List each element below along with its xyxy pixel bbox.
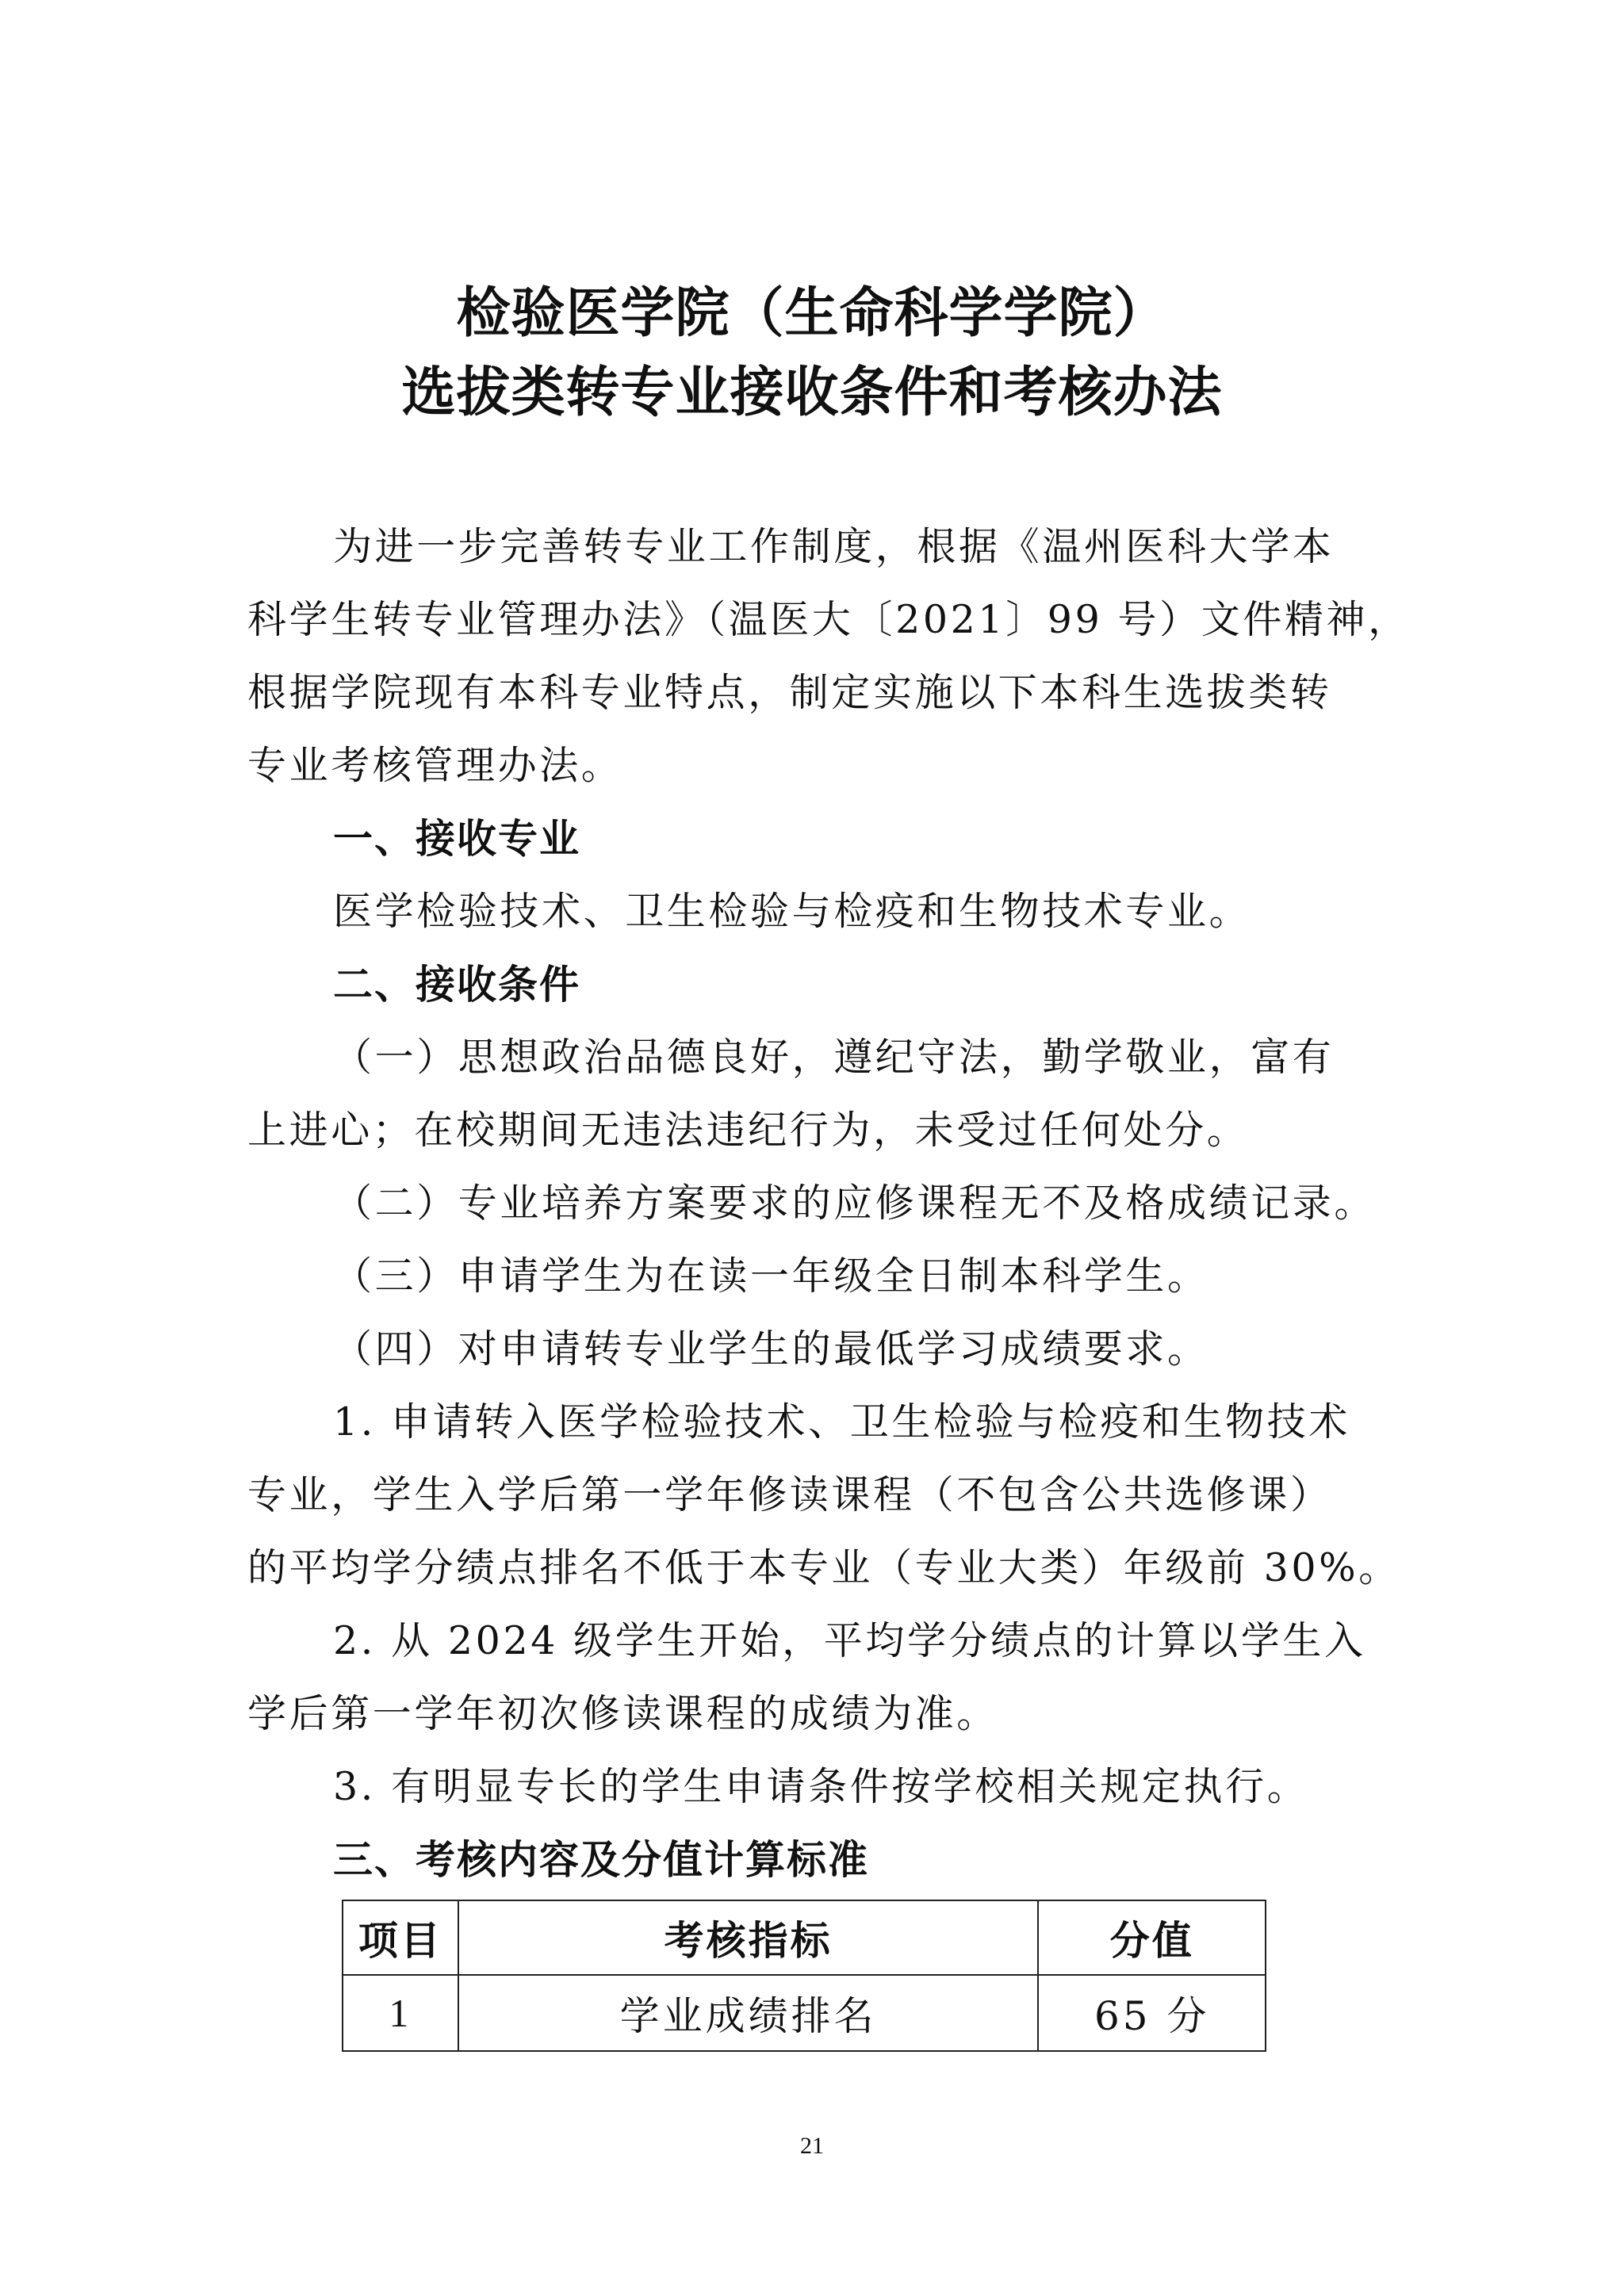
cell-item: 1 <box>343 1975 458 2051</box>
table-row: 1 学业成绩排名 65 分 <box>343 1975 1266 2051</box>
cell-indicator: 学业成绩排名 <box>458 1975 1039 2051</box>
section2-sub2-line2: 学后第一学年初次修读课程的成绩为准。 <box>247 1690 1381 1738</box>
section2-item3: （三）申请学生为在读一年级全日制本科学生。 <box>333 1253 1467 1300</box>
table-header-row: 项目 考核指标 分值 <box>343 1900 1266 1975</box>
section2-sub3: 3. 有明显专长的学生申请条件按学校相关规定执行。 <box>333 1763 1467 1811</box>
intro-line-2: 科学生转专业管理办法》（温医大〔2021〕99 号）文件精神， <box>247 596 1381 644</box>
header-indicator: 考核指标 <box>458 1900 1039 1975</box>
cell-score: 65 分 <box>1038 1975 1266 2051</box>
section3-heading: 三、考核内容及分值计算标准 <box>333 1836 1467 1884</box>
section2-item2: （二）专业培养方案要求的应修课程无不及格成绩记录。 <box>333 1180 1467 1227</box>
document-title-line2: 选拔类转专业接收条件和考核办法 <box>0 361 1624 424</box>
section2-sub2-line1: 2. 从 2024 级学生开始，平均学分绩点的计算以学生入 <box>333 1617 1467 1665</box>
header-score: 分值 <box>1038 1900 1266 1975</box>
section2-item1-line1: （一）思想政治品德良好，遵纪守法，勤学敬业，富有 <box>333 1034 1467 1081</box>
section2-heading: 二、接收条件 <box>333 961 1467 1008</box>
section2-sub1-line3: 的平均学分绩点排名不低于本专业（专业大类）年级前 30%。 <box>247 1544 1381 1592</box>
page-number: 21 <box>0 2133 1624 2160</box>
section1-heading: 一、接收专业 <box>333 815 1467 863</box>
header-item: 项目 <box>343 1900 458 1975</box>
intro-line-3: 根据学院现有本科专业特点，制定实施以下本科生选拔类转 <box>247 669 1381 717</box>
intro-line-1: 为进一步完善转专业工作制度，根据《温州医科大学本 <box>333 523 1467 571</box>
intro-line-4: 专业考核管理办法。 <box>247 742 1381 790</box>
section2-item4: （四）对申请转专业学生的最低学习成绩要求。 <box>333 1326 1467 1373</box>
section2-item1-line2: 上进心；在校期间无违法违纪行为，未受过任何处分。 <box>247 1107 1381 1154</box>
document-title-line1: 检验医学院（生命科学学院） <box>0 281 1624 345</box>
section2-sub1-line2: 专业，学生入学后第一学年修读课程（不包含公共选修课） <box>247 1471 1381 1519</box>
score-table: 项目 考核指标 分值 1 学业成绩排名 65 分 <box>342 1900 1266 2052</box>
section2-sub1-line1: 1. 申请转入医学检验技术、卫生检验与检疫和生物技术 <box>333 1399 1467 1446</box>
section1-body: 医学检验技术、卫生检验与检疫和生物技术专业。 <box>333 888 1467 936</box>
